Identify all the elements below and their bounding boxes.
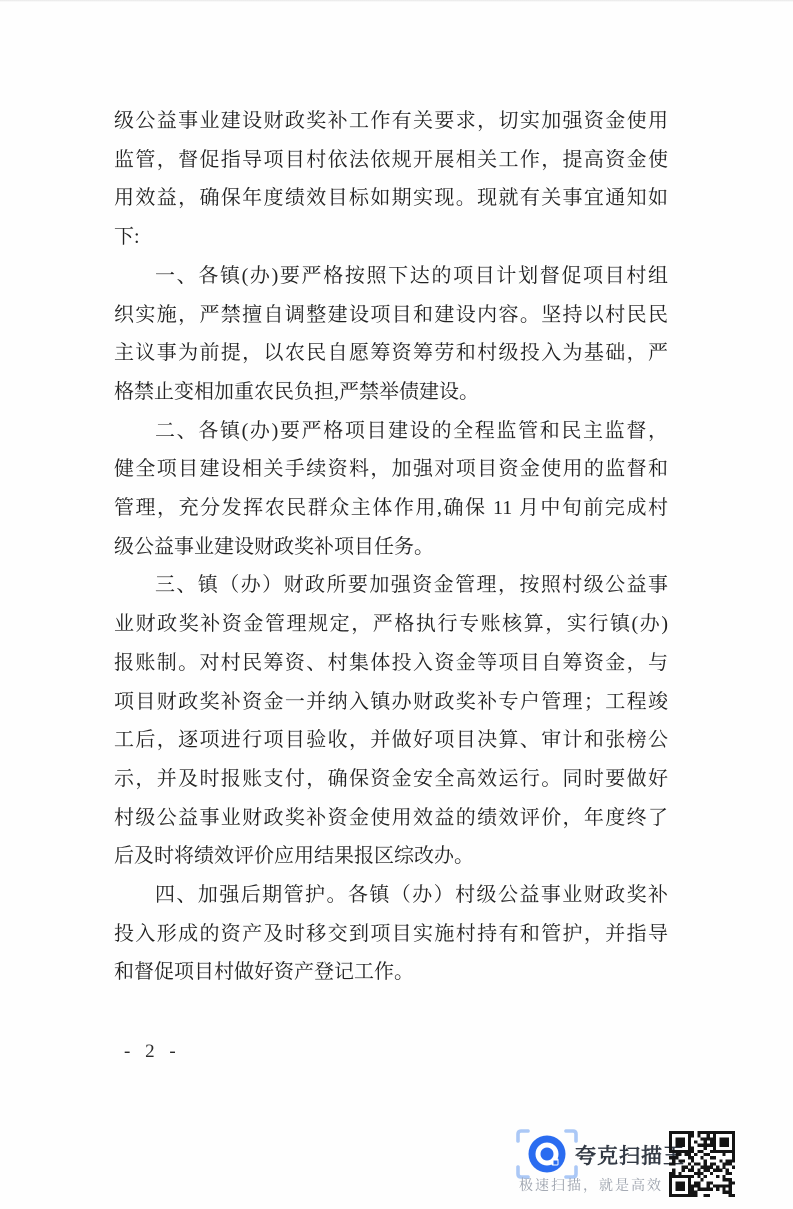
scanner-slogan: 极速扫描，就是高效 (519, 1175, 663, 1195)
document-line: 监管，督促指导项目村依法依规开展相关工作，提高资金使 (114, 141, 668, 180)
document-line: 和督促项目村做好资产登记工作。 (114, 953, 668, 992)
document-line: 用效益，确保年度绩效目标如期实现。现就有关事宜通知如 (114, 179, 668, 218)
document-line: 健全项目建设相关手续资料，加强对项目资金使用的监督和 (114, 450, 668, 489)
document-line: 村级公益事业财政奖补资金使用效益的绩效评价，年度终了 (114, 799, 668, 838)
document-line: 主议事为前提，以农民自愿筹资筹劳和村级投入为基础，严 (114, 334, 668, 373)
scan-edge-artifact (0, 0, 793, 2)
document-line: 业财政奖补资金管理规定，严格执行专账核算，实行镇(办) (114, 605, 668, 644)
document-line: 下: (114, 218, 668, 257)
document-line: 级公益事业建设财政奖补项目任务。 (114, 528, 668, 567)
document-line: 示，并及时报账支付，确保资金安全高效运行。同时要做好 (114, 760, 668, 799)
document-line: 级公益事业建设财政奖补工作有关要求，切实加强资金使用 (114, 102, 668, 141)
document-line: 工后，逐项进行项目验收，并做好项目决算、审计和张榜公 (114, 721, 668, 760)
document-line: 二、各镇(办)要严格项目建设的全程监管和民主监督， (114, 412, 668, 451)
quark-scanner-logo-icon (515, 1127, 579, 1181)
page-number: - 2 - (124, 1041, 181, 1063)
qr-code-icon (669, 1131, 735, 1197)
document-line: 投入形成的资产及时移交到项目实施村持有和管护，并指导 (114, 915, 668, 954)
document-line: 管理，充分发挥农民群众主体作用,确保 11 月中旬前完成村 (114, 489, 668, 528)
document-line: 项目财政奖补资金一并纳入镇办财政奖补专户管理；工程竣 (114, 683, 668, 722)
document-line: 格禁止变相加重农民负担,严禁举债建设。 (114, 373, 668, 412)
document-line: 一、各镇(办)要严格按照下达的项目计划督促项目村组 (114, 257, 668, 296)
qr-code-grid (669, 1131, 735, 1197)
document-body: 级公益事业建设财政奖补工作有关要求，切实加强资金使用监管，督促指导项目村依法依规… (114, 102, 668, 992)
document-line: 三、镇（办）财政所要加强资金管理，按照村级公益事 (114, 566, 668, 605)
scanner-brand-name: 夸克扫描王 (575, 1140, 685, 1170)
document-line: 织实施，严禁擅自调整建设项目和建设内容。坚持以村民民 (114, 296, 668, 335)
document-line: 报账制。对村民筹资、村集体投入资金等项目自筹资金，与 (114, 644, 668, 683)
document-line: 四、加强后期管护。各镇（办）村级公益事业财政奖补 (114, 876, 668, 915)
scanned-document-page: 级公益事业建设财政奖补工作有关要求，切实加强资金使用监管，督促指导项目村依法依规… (0, 0, 793, 1209)
document-line: 后及时将绩效评价应用结果报区综改办。 (114, 837, 668, 876)
